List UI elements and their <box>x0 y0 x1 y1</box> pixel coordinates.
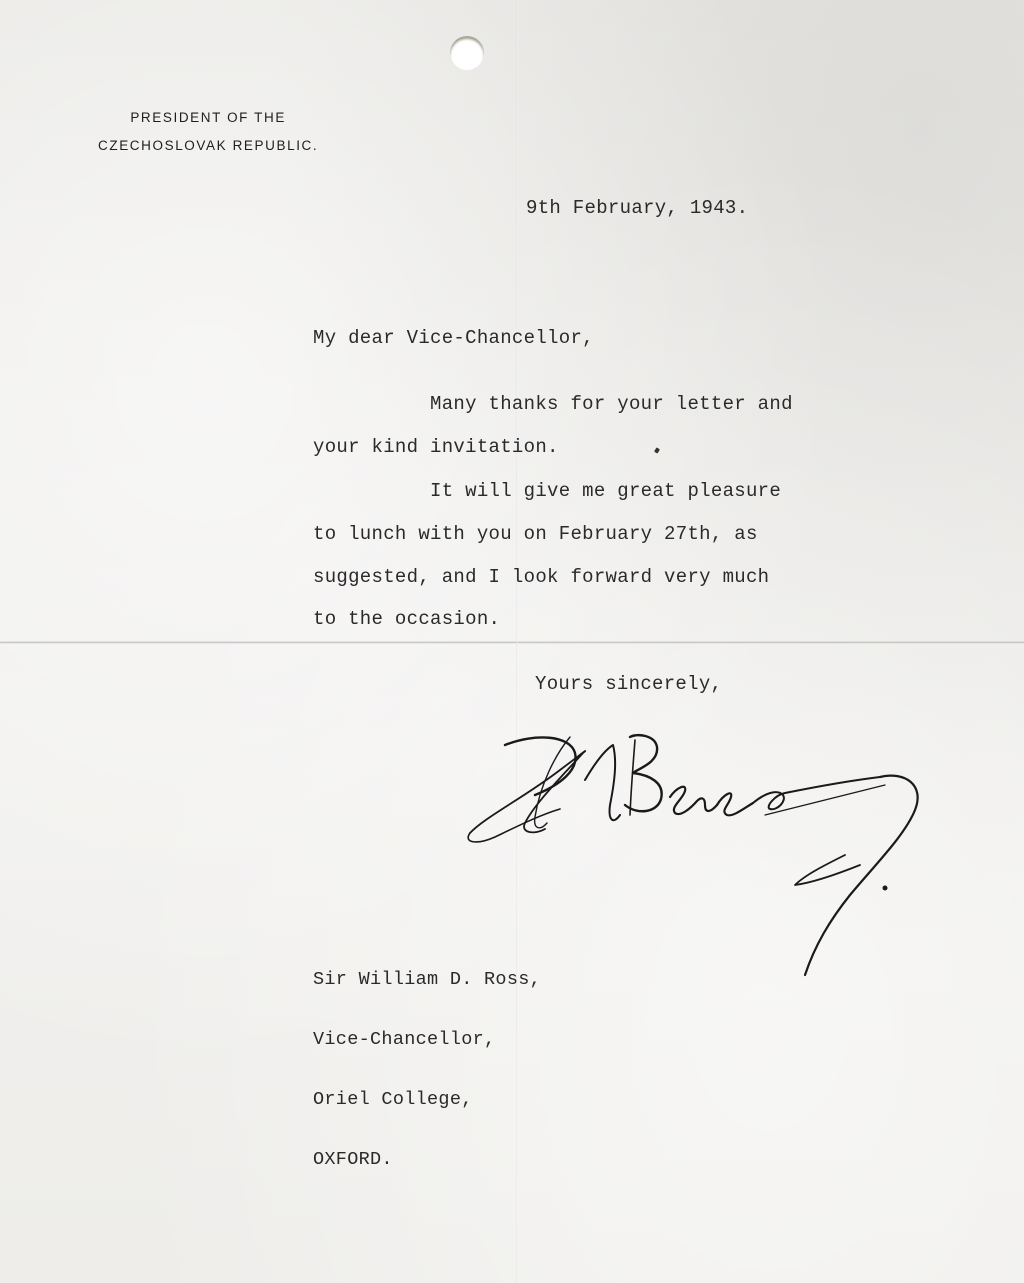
letterhead-line-1: PRESIDENT OF THE <box>98 104 318 132</box>
horizontal-fold-crease <box>0 641 1024 644</box>
ink-speck <box>654 447 660 453</box>
body-line: your kind invitation. <box>313 436 559 458</box>
recipient-address: Sir William D. Ross, Vice-Chancellor, Or… <box>313 930 541 1210</box>
letterhead: PRESIDENT OF THE CZECHOSLOVAK REPUBLIC. <box>98 104 318 160</box>
body-line: to the occasion. <box>313 608 500 630</box>
recipient-title: Vice-Chancellor, <box>313 1030 541 1050</box>
closing: Yours sincerely, <box>535 673 722 695</box>
body-line: suggested, and I look forward very much <box>313 566 769 588</box>
recipient-city: OXFORD. <box>313 1150 541 1170</box>
body-line: Many thanks for your letter and <box>313 393 793 415</box>
recipient-name: Sir William D. Ross, <box>313 970 541 990</box>
body-line: It will give me great pleasure <box>313 480 781 502</box>
letter-page: PRESIDENT OF THE CZECHOSLOVAK REPUBLIC. … <box>0 0 1024 1283</box>
salutation: My dear Vice-Chancellor, <box>313 327 594 349</box>
letterhead-line-2: CZECHOSLOVAK REPUBLIC. <box>98 132 318 160</box>
punch-hole <box>450 36 484 70</box>
recipient-college: Oriel College, <box>313 1090 541 1110</box>
letter-date: 9th February, 1943. <box>526 197 748 219</box>
body-line: to lunch with you on February 27th, as <box>313 523 758 545</box>
